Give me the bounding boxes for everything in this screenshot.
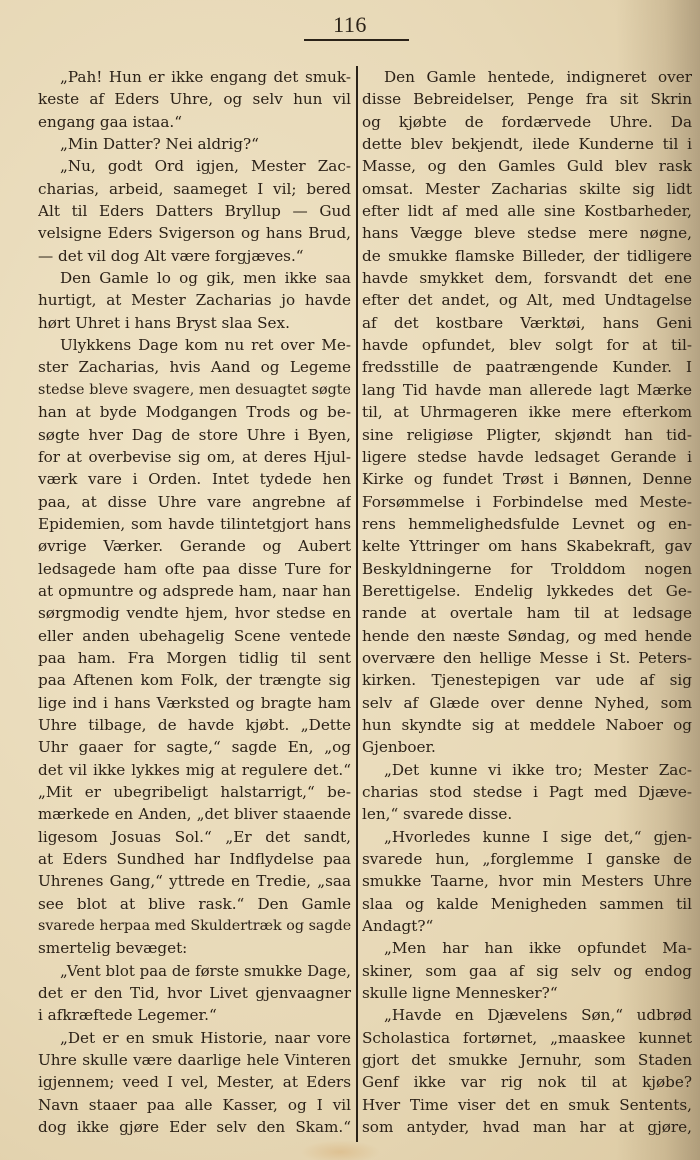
text-line: svarede herpaa med Skuldertræk og sagde <box>38 915 351 937</box>
text-line: „Havde en Djævelens Søn,“ udbrød <box>362 1004 692 1026</box>
left-text-column: „Pah! Hun er ikke engang det smuk-keste … <box>38 66 351 1139</box>
text-line: Epidemien, som havde tilintetgjort hans <box>38 513 351 535</box>
text-line: han at byde Modgangen Trods og be- <box>38 401 351 423</box>
text-line: engang gaa istaa.“ <box>38 111 351 133</box>
text-line: paa, at disse Uhre vare angrebne af <box>38 491 351 513</box>
text-line: Scholastica fortørnet, „maaskee kunnet <box>362 1027 692 1049</box>
text-line: rande at overtale ham til at ledsage <box>362 602 692 624</box>
text-line: „Det kunne vi ikke tro; Mester Zac- <box>362 759 692 781</box>
text-line: charias, arbeid, saameget I vil; bered <box>38 178 351 200</box>
text-line: ster Zacharias, hvis Aand og Legeme <box>38 356 351 378</box>
text-line: at opmuntre og adsprede ham, naar han <box>38 580 351 602</box>
text-line: Den Gamle hentede, indigneret over <box>362 66 692 88</box>
text-line: hørt Uhret i hans Bryst slaa Sex. <box>38 312 351 334</box>
text-line: efter lidt af med alle sine Kostbarheder… <box>362 200 692 222</box>
text-line: ligere stedse havde ledsaget Gerande i <box>362 446 692 468</box>
text-line: ligesom Josuas Sol.“ „Er det sandt, <box>38 826 351 848</box>
text-line: „Mit er ubegribeligt halstarrigt,“ be- <box>38 781 351 803</box>
text-line: igjennem; veed I vel, Mester, at Eders <box>38 1071 351 1093</box>
text-line: det vil ikke lykkes mig at regulere det.… <box>38 759 351 781</box>
text-line: hun skyndte sig at meddele Naboer og <box>362 714 692 736</box>
text-line: smertelig bevæget: <box>38 937 351 959</box>
text-line: i afkræftede Legemer.“ <box>38 1004 351 1026</box>
text-line: af det kostbare Værktøi, hans Geni <box>362 312 692 334</box>
text-line: charias stod stedse i Pagt med Djæve- <box>362 781 692 803</box>
text-line: sørgmodig vendte hjem, hvor stedse en <box>38 602 351 624</box>
text-line: skiner, som gaa af sig selv og endog <box>362 960 692 982</box>
text-line: gjort det smukke Jernuhr, som Staden <box>362 1049 692 1071</box>
text-line: see blot at blive rask.“ Den Gamle <box>38 893 351 915</box>
text-line: at Eders Sundhed har Indflydelse paa <box>38 848 351 870</box>
text-line: ledsagede ham ofte paa disse Ture for <box>38 558 351 580</box>
text-line: som antyder, hvad man har at gjøre, <box>362 1116 692 1138</box>
text-line: lang Tid havde man allerede lagt Mærke <box>362 379 692 401</box>
text-line: Navn staaer paa alle Kasser, og I vil <box>38 1094 351 1116</box>
text-line: selv af Glæde over denne Nyhed, som <box>362 692 692 714</box>
text-line: Kirke og fundet Trøst i Bønnen, Denne <box>362 468 692 490</box>
paper-stain <box>300 1140 380 1160</box>
text-line: dog ikke gjøre Eder selv den Skam.“ <box>38 1116 351 1138</box>
text-line: kirken. Tjenestepigen var ude af sig <box>362 669 692 691</box>
text-line: „Det er en smuk Historie, naar vore <box>38 1027 351 1049</box>
text-line: smukke Taarne, hvor min Mesters Uhre <box>362 870 692 892</box>
text-line: Gjenboer. <box>362 736 692 758</box>
text-line: havde opfundet, blev solgt for at til- <box>362 334 692 356</box>
text-line: søgte hver Dag de store Uhre i Byen, <box>38 424 351 446</box>
right-text-column: Den Gamle hentede, indigneret overdisse … <box>362 66 692 1139</box>
text-line: Uhrenes Gang,“ yttrede en Tredie, „saa <box>38 870 351 892</box>
text-line: efter det andet, og Alt, med Undtagelse <box>362 289 692 311</box>
text-line: „Vent blot paa de første smukke Dage, <box>38 960 351 982</box>
text-line: slaa og kalde Menigheden sammen til <box>362 893 692 915</box>
text-line: „Nu, godt Ord igjen, Mester Zac- <box>38 155 351 177</box>
text-line: „Men har han ikke opfundet Ma- <box>362 937 692 959</box>
text-line: rens hemmelighedsfulde Levnet og en- <box>362 513 692 535</box>
text-line: keste af Eders Uhre, og selv hun vil <box>38 88 351 110</box>
text-line: svarede hun, „forglemme I ganske de <box>362 848 692 870</box>
text-line: — det vil dog Alt være forgjæves.“ <box>38 245 351 267</box>
text-line: skulle ligne Mennesker?“ <box>362 982 692 1004</box>
text-line: omsat. Mester Zacharias skilte sig lidt <box>362 178 692 200</box>
text-line: øvrige Værker. Gerande og Aubert <box>38 535 351 557</box>
text-line: eller anden ubehagelig Scene ventede <box>38 625 351 647</box>
column-divider <box>356 66 358 1142</box>
text-line: hans Vægge bleve stedse mere nøgne, <box>362 222 692 244</box>
text-line: paa Aftenen kom Folk, der trængte sig <box>38 669 351 691</box>
text-line: Forsømmelse i Forbindelse med Meste- <box>362 491 692 513</box>
page-number: 116 <box>0 12 700 38</box>
text-line: værk vare i Orden. Intet tydede hen <box>38 468 351 490</box>
text-line: „Pah! Hun er ikke engang det smuk- <box>38 66 351 88</box>
text-line: Beskyldningerne for Trolddom nogen <box>362 558 692 580</box>
text-line: Andagt?“ <box>362 915 692 937</box>
text-line: Uhre skulle være daarlige hele Vinteren <box>38 1049 351 1071</box>
text-line: fredsstille de paatrængende Kunder. I <box>362 356 692 378</box>
text-line: Genf ikke var rig nok til at kjøbe? <box>362 1071 692 1093</box>
text-line: Alt til Eders Datters Bryllup — Gud <box>38 200 351 222</box>
text-line: Ulykkens Dage kom nu ret over Me- <box>38 334 351 356</box>
text-line: havde smykket dem, forsvandt det ene <box>362 267 692 289</box>
text-line: de smukke flamske Billeder, der tidliger… <box>362 245 692 267</box>
text-line: det er den Tid, hvor Livet gjenvaagner <box>38 982 351 1004</box>
text-line: Masse, og den Gamles Guld blev rask <box>362 155 692 177</box>
text-line: len,“ svarede disse. <box>362 803 692 825</box>
text-line: paa ham. Fra Morgen tidlig til sent <box>38 647 351 669</box>
text-line: „Hvorledes kunne I sige det,“ gjen- <box>362 826 692 848</box>
text-line: overvære den hellige Messe i St. Peters- <box>362 647 692 669</box>
text-line: lige ind i hans Værksted og bragte ham <box>38 692 351 714</box>
text-line: sine religiøse Pligter, skjøndt han tid- <box>362 424 692 446</box>
text-line: Den Gamle lo og gik, men ikke saa <box>38 267 351 289</box>
scanned-page: 116 „Pah! Hun er ikke engang det smuk-ke… <box>0 0 700 1160</box>
page-number-rule <box>304 39 409 41</box>
text-line: „Min Datter? Nei aldrig?“ <box>38 133 351 155</box>
text-line: Berettigelse. Endelig lykkedes det Ge- <box>362 580 692 602</box>
text-line: Uhre tilbage, de havde kjøbt. „Dette <box>38 714 351 736</box>
text-line: Hver Time viser det en smuk Sentents, <box>362 1094 692 1116</box>
text-line: hurtigt, at Mester Zacharias jo havde <box>38 289 351 311</box>
text-line: velsigne Eders Svigerson og hans Brud, <box>38 222 351 244</box>
text-line: Uhr gaaer for sagte,“ sagde En, „og <box>38 736 351 758</box>
text-line: for at overbevise sig om, at deres Hjul- <box>38 446 351 468</box>
text-line: hende den næste Søndag, og med hende <box>362 625 692 647</box>
text-line: og kjøbte de fordærvede Uhre. Da <box>362 111 692 133</box>
text-line: kelte Yttringer om hans Skabekraft, gav <box>362 535 692 557</box>
text-line: disse Bebreidelser, Penge fra sit Skrin <box>362 88 692 110</box>
text-line: stedse bleve svagere, men desuagtet søgt… <box>38 379 351 401</box>
text-line: mærkede en Anden, „det bliver staaende <box>38 803 351 825</box>
text-line: dette blev bekjendt, ilede Kunderne til … <box>362 133 692 155</box>
text-line: til, at Uhrmageren ikke mere efterkom <box>362 401 692 423</box>
